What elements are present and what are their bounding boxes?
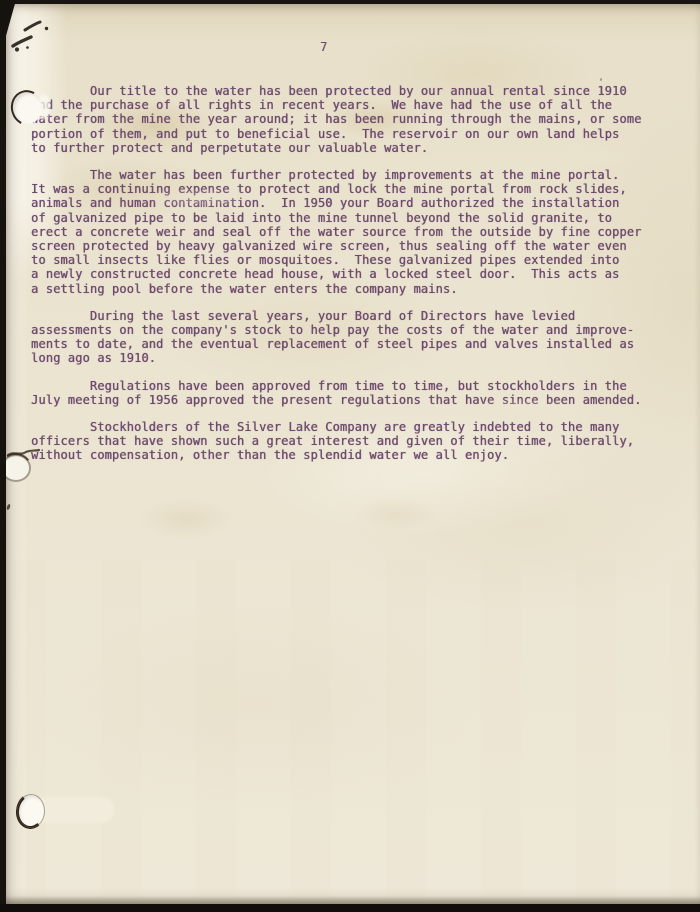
paragraph-water-title: Our title to the water has been protecte… (31, 84, 681, 155)
scan-edge-bottom (0, 904, 700, 912)
scanned-document-screenshot: { "document": { "page_number": "7", "par… (0, 0, 700, 912)
document-body: Our title to the water has been protecte… (31, 84, 681, 476)
scan-edge-left (0, 0, 6, 912)
ink-speck-small-2 (601, 92, 603, 95)
hole-punch-bottom (18, 795, 44, 827)
paragraph-regulations: Regulations have been approved from time… (31, 379, 681, 407)
page-bottom-edge-shadow (0, 896, 700, 904)
paragraph-assessments: During the last several years, your Boar… (31, 309, 681, 366)
paragraph-mine-portal: The water has been further protected by … (31, 168, 681, 296)
torn-edge-squiggle-mark (6, 446, 42, 460)
page-number: 7 (320, 40, 327, 54)
hole-punch-top (13, 92, 42, 124)
paragraph-stockholders: Stockholders of the Silver Lake Company … (31, 420, 681, 463)
ink-speck-small-1 (600, 78, 602, 81)
scan-edge-top (0, 0, 700, 4)
